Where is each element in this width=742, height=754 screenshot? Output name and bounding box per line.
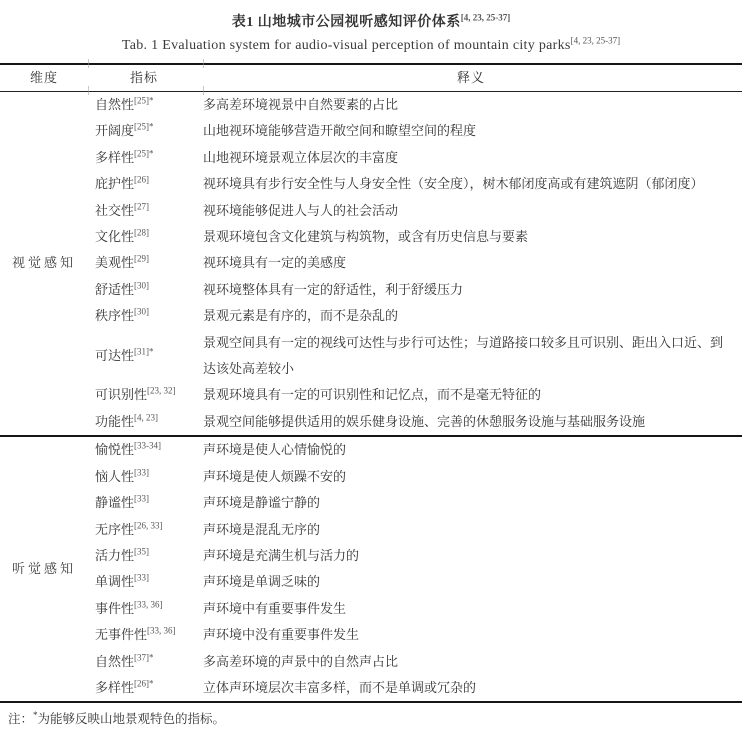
header-dimension: 维度: [0, 64, 88, 92]
dimension-cell: 视觉感知: [0, 92, 88, 437]
indicator-reference: [25]*: [134, 122, 154, 132]
indicator-cell: 美观性[29]: [88, 250, 200, 276]
footnote-text: 为能够反映山地景观特色的指标。: [38, 712, 226, 726]
indicator-label: 多样性: [95, 150, 134, 165]
indicator-reference: [26]*: [134, 679, 154, 689]
table-row: 社交性[27]视环境能够促进人与人的社会活动: [0, 198, 742, 224]
indicator-reference: [33]: [134, 494, 149, 504]
indicator-reference: [28]: [134, 228, 149, 238]
definition-cell: 景观空间能够提供适用的娱乐健身设施、完善的休憩服务设施与基础服务设施: [200, 409, 742, 436]
table-row: 开阔度[25]*山地视环境能够营造开敞空间和瞭望空间的程度: [0, 118, 742, 144]
indicator-reference: [33]: [134, 467, 149, 477]
table-footnote: 注：*为能够反映山地景观特色的指标。: [0, 709, 742, 727]
table-row: 视觉感知自然性[25]*多高差环境视景中自然要素的占比: [0, 92, 742, 119]
indicator-cell: 单调性[33]: [88, 569, 200, 595]
column-separator-tick: [88, 59, 89, 68]
table-caption-zh-text: 表1 山地城市公园视听感知评价体系: [232, 15, 461, 30]
definition-cell: 景观环境具有一定的可识别性和记忆点，而不是毫无特征的: [200, 382, 742, 408]
table-row: 恼人性[33]声环境是使人烦躁不安的: [0, 464, 742, 490]
caption-en-reference: [4, 23, 25-37]: [571, 35, 621, 45]
indicator-label: 静谧性: [95, 495, 134, 510]
caption-zh-reference: [4, 23, 25-37]: [461, 12, 511, 22]
indicator-cell: 舒适性[30]: [88, 277, 200, 303]
indicator-reference: [33]: [134, 573, 149, 583]
indicator-cell: 无事件性[33, 36]: [88, 622, 200, 648]
definition-cell: 声环境中有重要事件发生: [200, 596, 742, 622]
indicator-reference: [25]*: [134, 148, 154, 158]
indicator-label: 恼人性: [95, 469, 134, 484]
definition-cell: 声环境是静谧宁静的: [200, 490, 742, 516]
indicator-cell: 自然性[25]*: [88, 92, 200, 119]
indicator-cell: 社交性[27]: [88, 198, 200, 224]
indicator-label: 自然性: [95, 654, 134, 669]
indicator-reference: [29]: [134, 254, 149, 264]
indicator-reference: [33, 36]: [147, 626, 176, 636]
indicator-label: 社交性: [95, 203, 134, 218]
table-row: 美观性[29]视环境具有一定的美感度: [0, 250, 742, 276]
definition-cell: 视环境能够促进人与人的社会活动: [200, 198, 742, 224]
definition-cell: 立体声环境层次丰富多样，而不是单调或冗杂的: [200, 675, 742, 702]
table-row: 多样性[25]*山地视环境景观立体层次的丰富度: [0, 145, 742, 171]
table-body: 视觉感知自然性[25]*多高差环境视景中自然要素的占比开阔度[25]*山地视环境…: [0, 92, 742, 703]
indicator-label: 事件性: [95, 601, 134, 616]
indicator-label: 秩序性: [95, 308, 134, 323]
indicator-reference: [26]: [134, 175, 149, 185]
indicator-reference: [27]: [134, 201, 149, 211]
table-row: 庇护性[26]视环境具有步行安全性与人身安全性（安全度），树木郁闭度高或有建筑遮…: [0, 171, 742, 197]
indicator-reference: [33-34]: [134, 441, 161, 451]
indicator-label: 可达性: [95, 348, 134, 363]
indicator-label: 无事件性: [95, 627, 147, 642]
indicator-label: 愉悦性: [95, 442, 134, 457]
indicator-label: 功能性: [95, 414, 134, 429]
indicator-cell: 多样性[26]*: [88, 675, 200, 702]
indicator-reference: [35]: [134, 547, 149, 557]
table-row: 秩序性[30]景观元素是有序的，而不是杂乱的: [0, 303, 742, 329]
footnote-prefix: 注：: [8, 712, 33, 726]
indicator-cell: 可达性[31]*: [88, 330, 200, 383]
indicator-cell: 静谧性[33]: [88, 490, 200, 516]
indicator-label: 庇护性: [95, 176, 134, 191]
definition-cell: 视环境具有一定的美感度: [200, 250, 742, 276]
definition-cell: 声环境是混乱无序的: [200, 517, 742, 543]
indicator-cell: 愉悦性[33-34]: [88, 436, 200, 463]
indicator-label: 活力性: [95, 548, 134, 563]
evaluation-table-wrapper: 维度 指标 释义 视觉感知自然性[25]*多高差环境视景中自然要素的占比开阔度[…: [0, 63, 742, 703]
indicator-cell: 功能性[4, 23]: [88, 409, 200, 436]
indicator-reference: [30]: [134, 307, 149, 317]
indicator-label: 多样性: [95, 680, 134, 695]
definition-cell: 山地视环境能够营造开敞空间和瞭望空间的程度: [200, 118, 742, 144]
indicator-cell: 多样性[25]*: [88, 145, 200, 171]
header-definition: 释义: [200, 64, 742, 92]
definition-cell: 声环境是充满生机与活力的: [200, 543, 742, 569]
table-row: 可达性[31]*景观空间具有一定的视线可达性与步行可达性；与道路接口较多且可识别…: [0, 330, 742, 383]
definition-cell: 山地视环境景观立体层次的丰富度: [200, 145, 742, 171]
definition-cell: 多高差环境视景中自然要素的占比: [200, 92, 742, 119]
header-row: 维度 指标 释义: [0, 64, 742, 92]
indicator-reference: [37]*: [134, 652, 154, 662]
table-row: 舒适性[30]视环境整体具有一定的舒适性，利于舒缓压力: [0, 277, 742, 303]
indicator-reference: [4, 23]: [134, 413, 158, 423]
table-row: 可识别性[23, 32]景观环境具有一定的可识别性和记忆点，而不是毫无特征的: [0, 382, 742, 408]
column-separator-tick: [88, 86, 89, 95]
definition-cell: 声环境是使人烦躁不安的: [200, 464, 742, 490]
evaluation-table: 维度 指标 释义 视觉感知自然性[25]*多高差环境视景中自然要素的占比开阔度[…: [0, 63, 742, 703]
indicator-cell: 开阔度[25]*: [88, 118, 200, 144]
definition-cell: 视环境具有步行安全性与人身安全性（安全度），树木郁闭度高或有建筑遮阴（郁闭度）: [200, 171, 742, 197]
table-row: 事件性[33, 36]声环境中有重要事件发生: [0, 596, 742, 622]
indicator-cell: 文化性[28]: [88, 224, 200, 250]
definition-cell: 声环境中没有重要事件发生: [200, 622, 742, 648]
indicator-label: 开阔度: [95, 123, 134, 138]
indicator-reference: [31]*: [134, 347, 154, 357]
column-separator-tick: [203, 86, 204, 95]
definition-cell: 多高差环境的声景中的自然声占比: [200, 649, 742, 675]
indicator-cell: 自然性[37]*: [88, 649, 200, 675]
table-row: 功能性[4, 23]景观空间能够提供适用的娱乐健身设施、完善的休憩服务设施与基础…: [0, 409, 742, 436]
table-row: 活力性[35]声环境是充满生机与活力的: [0, 543, 742, 569]
indicator-reference: [33, 36]: [134, 599, 163, 609]
indicator-cell: 恼人性[33]: [88, 464, 200, 490]
indicator-cell: 无序性[26, 33]: [88, 517, 200, 543]
indicator-cell: 庇护性[26]: [88, 171, 200, 197]
definition-cell: 声环境是使人心情愉悦的: [200, 436, 742, 463]
indicator-cell: 活力性[35]: [88, 543, 200, 569]
indicator-label: 无序性: [95, 522, 134, 537]
table-caption-en: Tab. 1 Evaluation system for audio-visua…: [0, 38, 742, 54]
definition-cell: 声环境是单调乏味的: [200, 569, 742, 595]
indicator-cell: 秩序性[30]: [88, 303, 200, 329]
indicator-cell: 可识别性[23, 32]: [88, 382, 200, 408]
table-caption-en-text: Tab. 1 Evaluation system for audio-visua…: [122, 38, 571, 53]
definition-cell: 视环境整体具有一定的舒适性，利于舒缓压力: [200, 277, 742, 303]
indicator-label: 可识别性: [95, 387, 147, 402]
indicator-label: 美观性: [95, 255, 134, 270]
table-row: 单调性[33]声环境是单调乏味的: [0, 569, 742, 595]
table-row: 自然性[37]*多高差环境的声景中的自然声占比: [0, 649, 742, 675]
table-row: 文化性[28]景观环境包含文化建筑与构筑物，或含有历史信息与要素: [0, 224, 742, 250]
dimension-cell: 听觉感知: [0, 436, 88, 702]
indicator-cell: 事件性[33, 36]: [88, 596, 200, 622]
table-row: 无序性[26, 33]声环境是混乱无序的: [0, 517, 742, 543]
column-separator-tick: [203, 59, 204, 68]
definition-cell: 景观元素是有序的，而不是杂乱的: [200, 303, 742, 329]
indicator-label: 舒适性: [95, 282, 134, 297]
indicator-reference: [25]*: [134, 96, 154, 106]
indicator-label: 自然性: [95, 97, 134, 112]
table-row: 无事件性[33, 36]声环境中没有重要事件发生: [0, 622, 742, 648]
table-row: 多样性[26]*立体声环境层次丰富多样，而不是单调或冗杂的: [0, 675, 742, 702]
definition-cell: 景观空间具有一定的视线可达性与步行可达性；与道路接口较多且可识别、距出入口近、到…: [200, 330, 742, 383]
indicator-label: 文化性: [95, 229, 134, 244]
definition-cell: 景观环境包含文化建筑与构筑物，或含有历史信息与要素: [200, 224, 742, 250]
table-row: 静谧性[33]声环境是静谧宁静的: [0, 490, 742, 516]
indicator-label: 单调性: [95, 574, 134, 589]
table-row: 听觉感知愉悦性[33-34]声环境是使人心情愉悦的: [0, 436, 742, 463]
header-indicator: 指标: [88, 64, 200, 92]
indicator-reference: [23, 32]: [147, 386, 176, 396]
table-caption-zh: 表1 山地城市公园视听感知评价体系[4, 23, 25-37]: [0, 11, 742, 31]
indicator-reference: [26, 33]: [134, 520, 163, 530]
indicator-reference: [30]: [134, 281, 149, 291]
